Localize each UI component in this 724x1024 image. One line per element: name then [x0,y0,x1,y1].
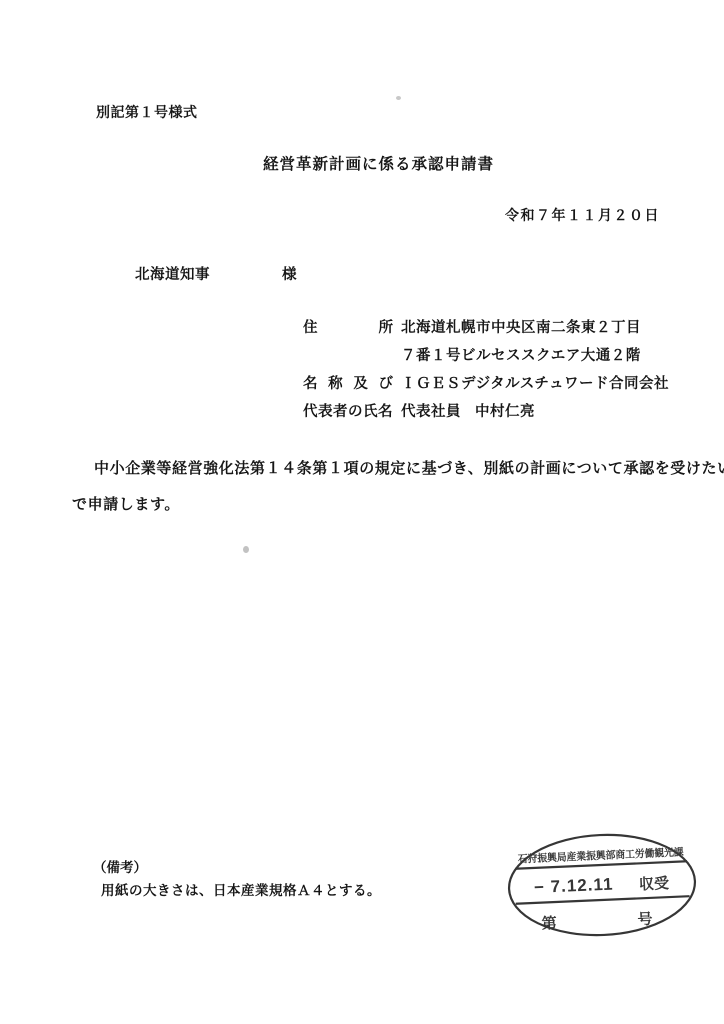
remarks-text: 用紙の大きさは、日本産業規格Ａ４とする。 [101,879,381,899]
address-label: 住 所 [303,316,393,337]
applicant-block: 住 所 北海道札幌市中央区南二条東２丁目 ７番１号ビルセススクエア大通２階 名 … [303,316,669,428]
document-date: 令和７年１１月２０日 [505,205,660,225]
company-name-label: 名 称 及 び [303,372,393,393]
remarks-block: （備考） 用紙の大きさは、日本産業規格Ａ４とする。 [93,856,381,899]
scan-artifact-speck [396,96,401,100]
stamp-number-suffix: 号 [637,910,653,929]
scanned-application-document: 別記第１号様式 経営革新計画に係る承認申請書 令和７年１１月２０日 北海道知事様… [0,0,724,1024]
representative-title: 代表社員 [401,404,461,420]
address-line2: ７番１号ビルセススクエア大通２階 [401,344,641,365]
application-body: 中小企業等経営強化法第１４条第１項の規定に基づき、別紙の計画について承認を受けた… [72,451,662,523]
addressee-line: 北海道知事様 [135,263,297,284]
applicant-name-row: 名 称 及 び ＩＧＥＳデジタルスチュワード合同会社 [303,372,669,400]
receipt-stamp: 石狩振興局産業振興部商工労働観光課 − 7.12.11 収受 第 号 [502,828,702,942]
company-name: ＩＧＥＳデジタルスチュワード合同会社 [401,372,669,393]
representative-name: 中村仁亮 [475,404,535,420]
body-line-2: で申請します。 [72,487,662,523]
address-line1: 北海道札幌市中央区南二条東２丁目 [401,316,641,337]
representative-name-line: 代表社員中村仁亮 [401,400,535,421]
addressee-name: 北海道知事 [135,267,210,283]
remarks-heading: （備考） [93,856,381,876]
form-number: 別記第１号様式 [96,102,198,122]
applicant-address-row: 住 所 北海道札幌市中央区南二条東２丁目 [303,316,669,344]
addressee-honorific: 様 [282,267,297,283]
document-title: 経営革新計画に係る承認申請書 [263,152,494,174]
representative-label: 代表者の氏名 [303,400,393,421]
scan-artifact-speck [243,546,249,553]
stamp-number-prefix: 第 [541,914,557,933]
applicant-address-row2: ７番１号ビルセススクエア大通２階 [303,344,669,372]
applicant-representative-row: 代表者の氏名 代表社員中村仁亮 [303,400,669,428]
body-line-1: 中小企業等経営強化法第１４条第１項の規定に基づき、別紙の計画について承認を受けた… [72,451,662,487]
stamp-received-label: 収受 [639,874,671,893]
stamp-date: − 7.12.11 [534,875,614,897]
